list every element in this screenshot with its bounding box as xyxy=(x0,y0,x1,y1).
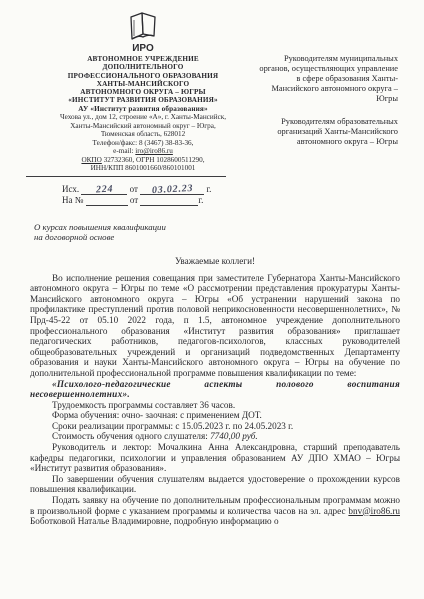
email-label: e-mail: xyxy=(113,147,135,155)
outgoing-date-blank: 03.02.23 xyxy=(140,185,204,195)
letter-body: Во исполнение решения совещания при заме… xyxy=(30,273,400,527)
org-name-line: АВТОНОМНОЕ УЧРЕЖДЕНИЕ xyxy=(30,55,256,63)
lecturer-line: Руководитель и лектор: Мочалкина Анна Ал… xyxy=(30,442,400,474)
okpo-ogrn-line: ОКПО 32732360, ОГРН 1028600511290, xyxy=(30,156,256,165)
dates-line: Сроки реализации программы: с 15.05.2023… xyxy=(30,421,400,432)
org-name-line: АВТОНОМНОГО ОКРУГА – ЮГРЫ xyxy=(30,88,256,96)
outgoing-number-blank: 224 xyxy=(81,185,127,195)
address-line: Тюменская область, 628012 xyxy=(30,130,256,139)
reference-block: Исх. 224 от 03.02.23 г. На № от г. xyxy=(62,184,256,206)
certificate-line: По завершении обучения слушателям выдает… xyxy=(30,474,400,495)
workload-line: Трудоемкость программы составляет 36 час… xyxy=(30,400,400,411)
header-divider xyxy=(26,176,226,177)
address-line: Чехова ул., дом 12, строение «А», г. Хан… xyxy=(30,113,256,122)
outgoing-year-label: г. xyxy=(206,184,211,194)
incoming-number-blank xyxy=(86,196,128,206)
subject-block: О курсах повышения квалификации на догов… xyxy=(34,222,400,243)
okpo-ogrn-values: 32732360, ОГРН 1028600511290, xyxy=(102,156,205,164)
outgoing-number-handwritten: 224 xyxy=(95,183,113,195)
apply-text-post: Боботковой Наталье Владимировне, подробн… xyxy=(30,516,279,526)
outgoing-ref-label: Исх. xyxy=(62,184,79,194)
letter-header: ИРО АВТОНОМНОЕ УЧРЕЖДЕНИЕ ДОПОЛНИТЕЛЬНОГ… xyxy=(30,10,400,206)
incoming-year-label: г. xyxy=(198,195,203,205)
scanned-letter-page: ИРО АВТОНОМНОЕ УЧРЕЖДЕНИЕ ДОПОЛНИТЕЛЬНОГ… xyxy=(0,0,424,599)
org-name-line: ДОПОЛНИТЕЛЬНОГО xyxy=(30,63,256,71)
subject-line-2: на договорной основе xyxy=(34,232,400,243)
addressee-block-2: Руководителям образовательных организаци… xyxy=(256,117,398,147)
subject-line-1: О курсах повышения квалификации xyxy=(34,222,400,233)
open-book-icon: ИРО xyxy=(120,10,166,54)
addressee-column: Руководителям муниципальных органов, осу… xyxy=(256,10,400,206)
incoming-ref-line: На № от г. xyxy=(62,195,256,206)
paragraph-main: Во исполнение решения совещания при заме… xyxy=(30,273,400,379)
salutation: Уважаемые коллеги! xyxy=(30,256,400,266)
cost-value: 7740,00 руб. xyxy=(210,431,258,441)
apply-email-link[interactable]: bnv@iro86.ru xyxy=(348,506,400,516)
inn-kpp-line: ИНН/КПП 8601001660/860101001 xyxy=(30,164,256,173)
org-name-line: ПРОФЕССИОНАЛЬНОГО ОБРАЗОВАНИЯ xyxy=(30,72,256,80)
org-name-line: ХАНТЫ-МАНСИЙСКОГО xyxy=(30,80,256,88)
logo-abbr: ИРО xyxy=(132,43,154,54)
cost-label: Стоимость обучения одного слушателя: xyxy=(52,431,210,441)
outgoing-ref-line: Исх. 224 от 03.02.23 г. xyxy=(62,184,256,195)
okpo-label: ОКПО xyxy=(81,156,101,164)
apply-text-pre: Подать заявку на обучение по дополнитель… xyxy=(30,495,400,516)
incoming-ref-label: На № xyxy=(62,195,83,205)
phone-line: Телефон/факс: 8 (3467) 38-83-36, xyxy=(30,139,256,148)
org-header-block: ИРО АВТОНОМНОЕ УЧРЕЖДЕНИЕ ДОПОЛНИТЕЛЬНОГ… xyxy=(30,10,256,206)
incoming-from-label: от xyxy=(130,195,138,205)
cost-line: Стоимость обучения одного слушателя: 774… xyxy=(30,431,400,442)
addressee-block-1: Руководителям муниципальных органов, осу… xyxy=(256,54,398,104)
outgoing-date-handwritten: 03.02.23 xyxy=(151,183,193,196)
outgoing-from-label: от xyxy=(130,184,138,194)
incoming-date-blank xyxy=(140,196,198,206)
apply-paragraph: Подать заявку на обучение по дополнитель… xyxy=(30,495,400,527)
org-email-link[interactable]: iro@iro86.ru xyxy=(135,147,173,155)
org-short-name-line: АУ «Институт развития образования» xyxy=(30,105,256,113)
program-title: «Психолого-педагогические аспекты полово… xyxy=(30,379,400,400)
format-line: Форма обучения: очно- заочная: с примене… xyxy=(30,410,400,421)
email-line: e-mail: iro@iro86.ru xyxy=(30,147,256,156)
org-name-line: «ИНСТИТУТ РАЗВИТИЯ ОБРАЗОВАНИЯ» xyxy=(30,96,256,104)
address-line: Ханты-Мансийский автономный округ – Югра… xyxy=(30,122,256,131)
